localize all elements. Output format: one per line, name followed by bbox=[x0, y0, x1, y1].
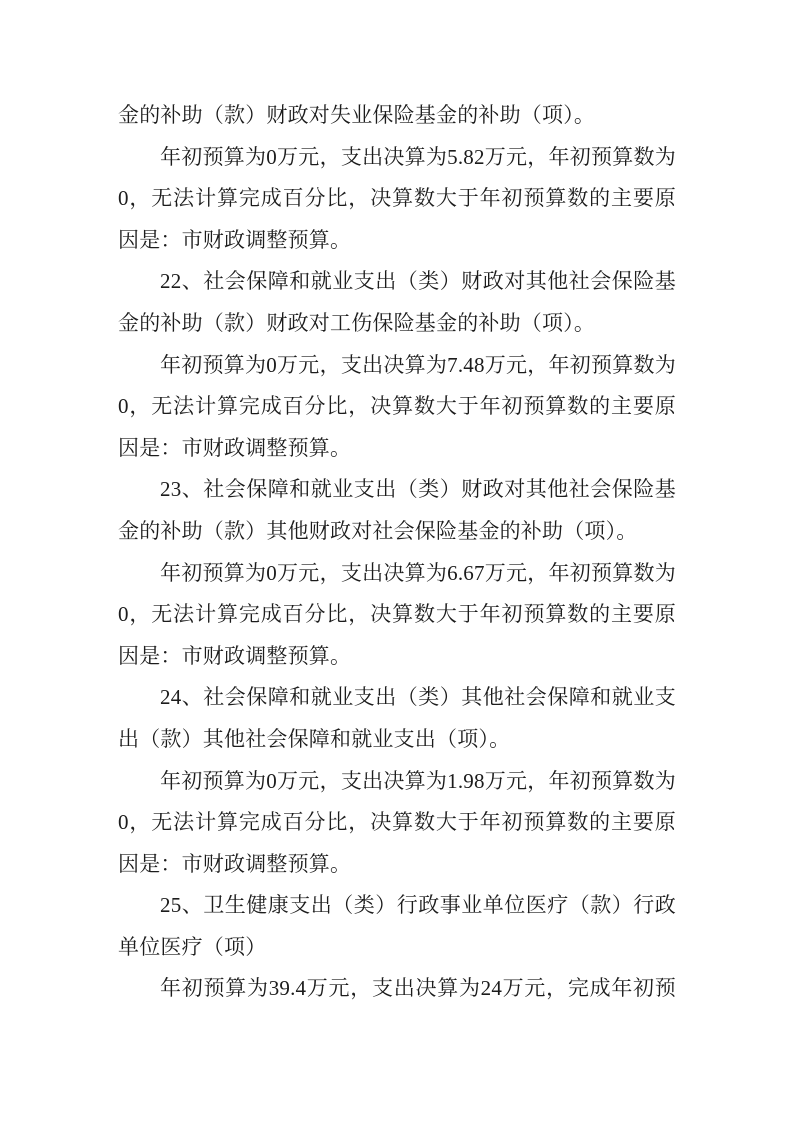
text-line: 年初预算为39.4万元，支出决算为24万元，完成年初预 bbox=[118, 968, 676, 1010]
text-line: 因是：市财政调整预算。 bbox=[118, 844, 676, 886]
text-line: 24、社会保障和就业支出（类）其他社会保障和就业支 bbox=[118, 677, 676, 719]
text-line: 0，无法计算完成百分比，决算数大于年初预算数的主要原 bbox=[118, 178, 676, 220]
document-page: 金的补助（款）财政对失业保险基金的补助（项）。年初预算为0万元，支出决算为5.8… bbox=[0, 0, 793, 1122]
text-line: 0，无法计算完成百分比，决算数大于年初预算数的主要原 bbox=[118, 802, 676, 844]
text-line: 0，无法计算完成百分比，决算数大于年初预算数的主要原 bbox=[118, 594, 676, 636]
text-line: 22、社会保障和就业支出（类）财政对其他社会保险基 bbox=[118, 261, 676, 303]
text-line: 年初预算为0万元，支出决算为5.82万元，年初预算数为 bbox=[118, 137, 676, 179]
text-line: 因是：市财政调整预算。 bbox=[118, 428, 676, 470]
text-line: 年初预算为0万元，支出决算为7.48万元，年初预算数为 bbox=[118, 345, 676, 387]
text-line: 金的补助（款）财政对工伤保险基金的补助（项）。 bbox=[118, 303, 676, 345]
text-line: 因是：市财政调整预算。 bbox=[118, 220, 676, 262]
document-text: 金的补助（款）财政对失业保险基金的补助（项）。年初预算为0万元，支出决算为5.8… bbox=[118, 95, 676, 1010]
text-line: 金的补助（款）财政对失业保险基金的补助（项）。 bbox=[118, 95, 676, 137]
text-line: 金的补助（款）其他财政对社会保险基金的补助（项）。 bbox=[118, 511, 676, 553]
text-line: 年初预算为0万元，支出决算为6.67万元，年初预算数为 bbox=[118, 553, 676, 595]
text-line: 因是：市财政调整预算。 bbox=[118, 636, 676, 678]
text-line: 0，无法计算完成百分比，决算数大于年初预算数的主要原 bbox=[118, 386, 676, 428]
text-line: 25、卫生健康支出（类）行政事业单位医疗（款）行政 bbox=[118, 885, 676, 927]
text-line: 23、社会保障和就业支出（类）财政对其他社会保险基 bbox=[118, 469, 676, 511]
text-line: 单位医疗（项） bbox=[118, 927, 676, 969]
text-line: 年初预算为0万元，支出决算为1.98万元，年初预算数为 bbox=[118, 761, 676, 803]
text-line: 出（款）其他社会保障和就业支出（项）。 bbox=[118, 719, 676, 761]
